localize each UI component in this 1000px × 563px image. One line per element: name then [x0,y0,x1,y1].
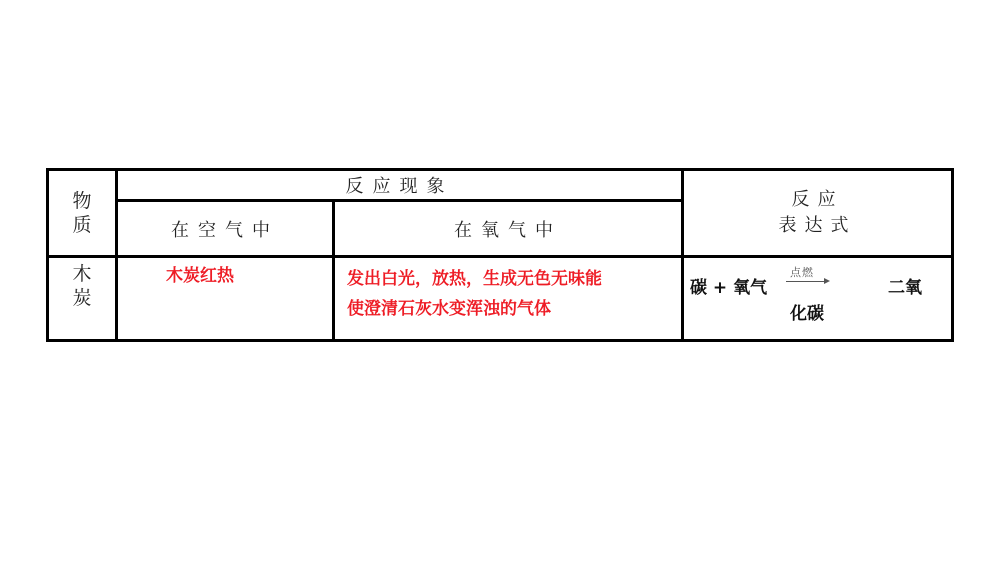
expression-condition: 点燃 [790,264,814,280]
header-in-air: 在空气中 [118,202,332,255]
arrow-head-icon [824,278,830,284]
expression-arrow: 点燃 [786,264,832,286]
header-in-oxygen: 在氧气中 [335,202,681,255]
header-substance-line-2: 质 [72,213,91,237]
row-in-air: 木炭红热 [166,261,234,286]
row-in-oxygen: 发出白光，放热，生成无色无味能 使澄清石灰水变浑浊的气体 [347,264,602,324]
header-expression-line-1: 反应 [792,187,844,213]
reaction-table: 物 质 反应现象 在空气中 在氧气中 反应 表达式 木 炭 木炭红热 发出白光，… [46,168,954,342]
header-phenomenon: 反应现象 [118,171,681,199]
table-border-bottom [46,339,954,342]
row-substance-line-1: 木 [72,262,91,286]
row-expression: 碳 + 氧气 点燃 二氧 化碳 [684,258,951,339]
header-expression: 反应 表达式 [684,171,951,255]
row-substance: 木 炭 [49,258,115,339]
header-substance: 物 质 [49,171,115,255]
expression-product-part1: 二氧 [888,273,922,298]
row-in-oxygen-line-2: 使澄清石灰水变浑浊的气体 [347,294,602,324]
row-substance-line-2: 炭 [72,286,91,310]
expression-reactants: 碳 + 氧气 [690,273,767,298]
row-in-oxygen-line-1: 发出白光，放热，生成无色无味能 [347,264,602,294]
header-expression-line-2: 表达式 [779,213,857,239]
expression-product-part2: 化碳 [790,299,824,324]
header-substance-line-1: 物 [72,189,91,213]
arrow-shaft [786,281,828,282]
